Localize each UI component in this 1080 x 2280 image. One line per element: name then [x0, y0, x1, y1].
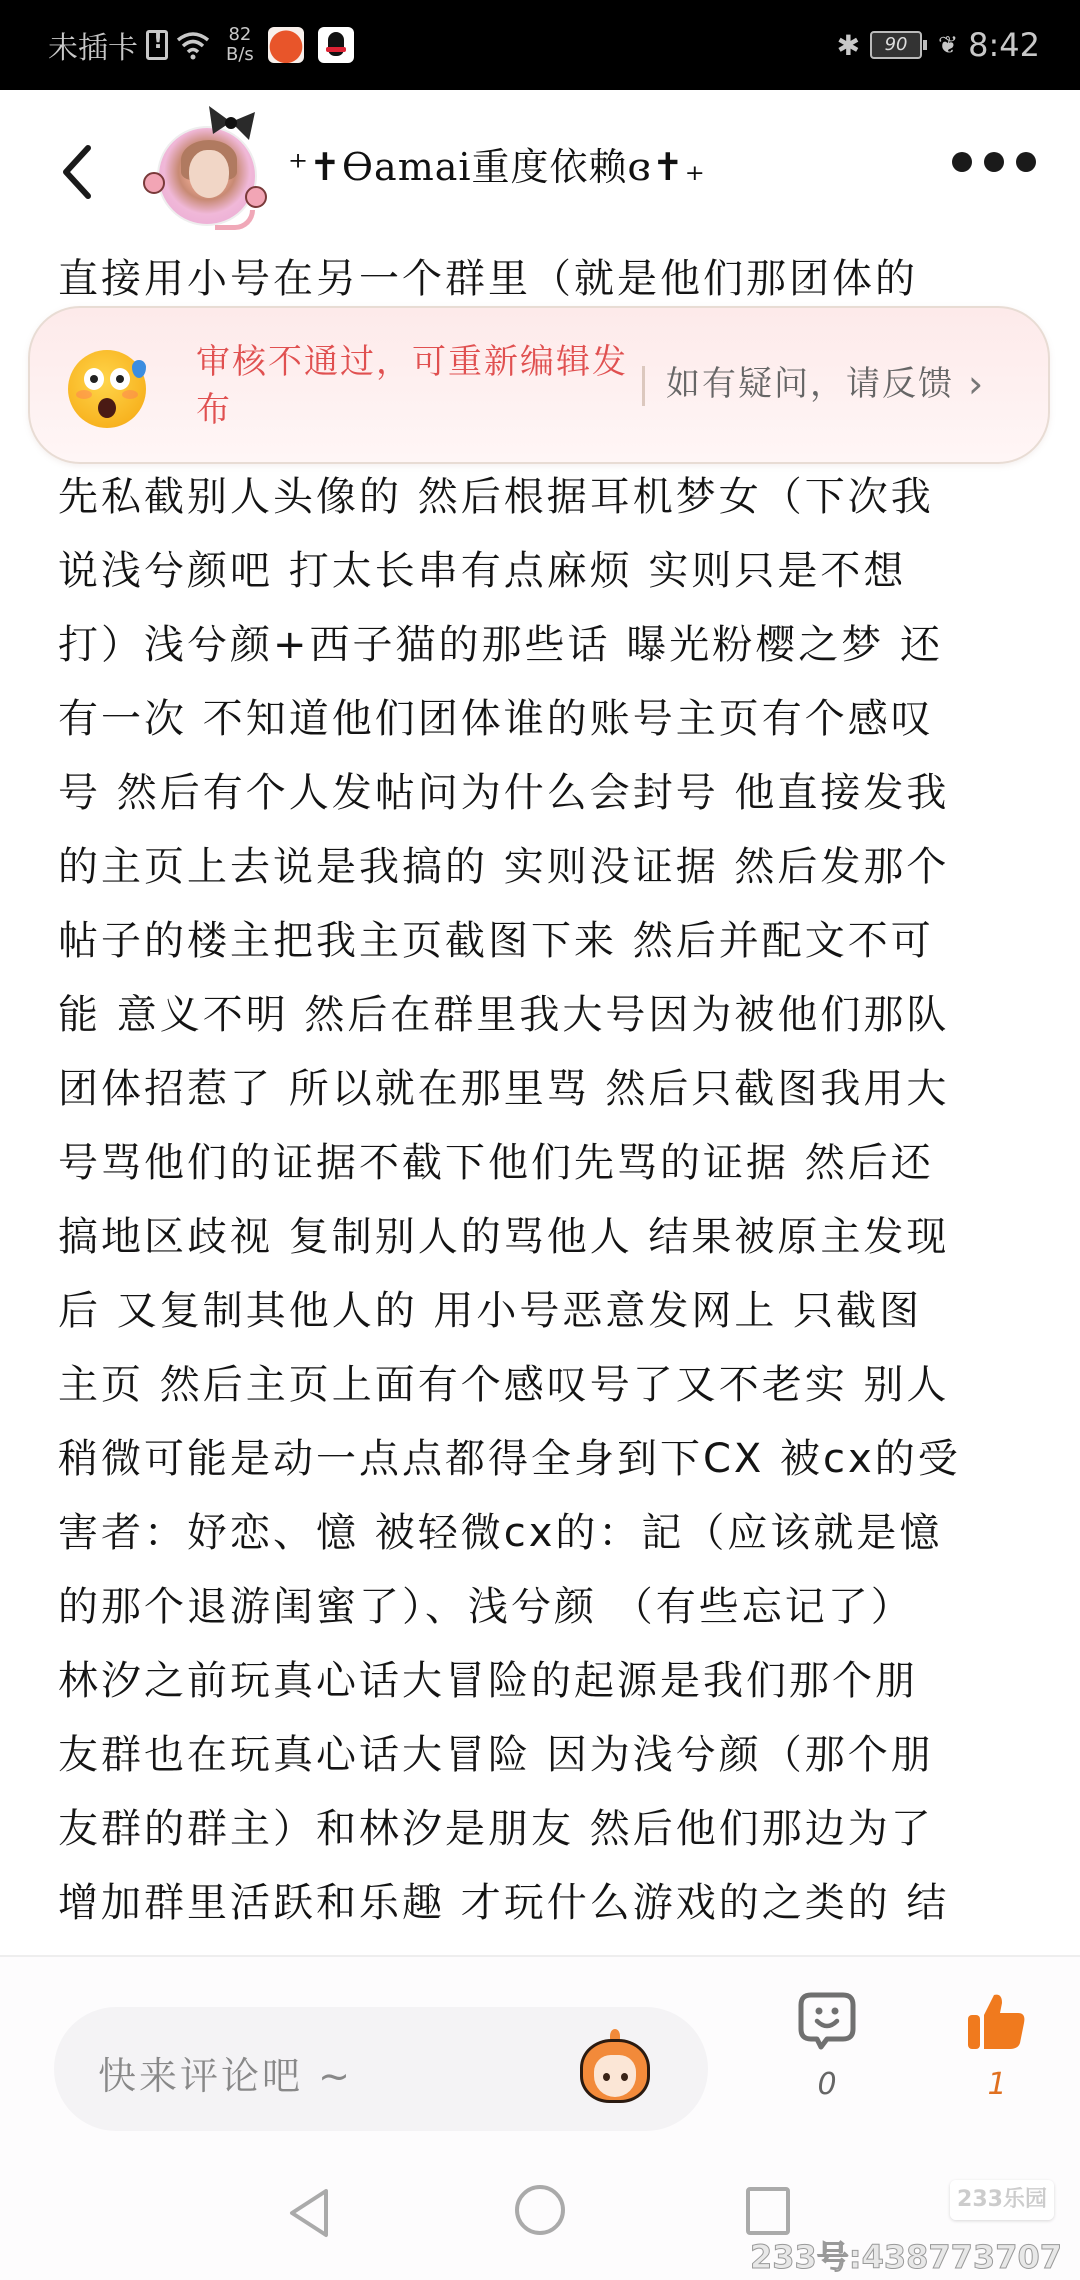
review-rejected-banner: 审核不通过，可重新编辑发布 如有疑问，请反馈 › [28, 306, 1050, 464]
network-speed-unit: B/s [226, 44, 254, 65]
network-speed: 82 B/s [226, 25, 254, 65]
paw-decoration-icon [245, 186, 267, 208]
article-line: 主页 然后主页上面有个感叹号了又不老实 别人 [58, 1348, 961, 1422]
article-line: 林汐之前玩真心话大冒险的起源是我们那个朋 [58, 1644, 961, 1718]
status-bar: 未插卡 82 B/s ✱ 90 ❦ 8:42 [0, 0, 1080, 90]
carrier-label: 未插卡 [48, 23, 138, 67]
comment-button[interactable]: 0 [782, 1991, 872, 2102]
article-line: 帖子的楼主把我主页截图下来 然后并配文不可 [58, 904, 961, 978]
clock: 8:42 [968, 26, 1040, 64]
thumbs-up-icon [966, 1991, 1028, 2053]
comment-placeholder: 快来评论吧 ~ [98, 2045, 353, 2100]
username[interactable]: ⁺✝ϴamai重度依赖ɞ✝₊ [288, 136, 706, 191]
article-line: 打）浅兮颜+西子猫的那些话 曝光粉樱之梦 还 [58, 608, 961, 682]
bluetooth-icon: ✱ [837, 29, 860, 62]
paw-decoration-icon [143, 172, 165, 194]
article-line: 说浅兮颜吧 打太长串有点麻烦 实则只是不想 [58, 534, 961, 608]
more-options-icon[interactable] [952, 152, 1036, 172]
comment-bubble-icon [797, 1991, 857, 2053]
watermark-id: 233号:438773707 [750, 2232, 1062, 2278]
tail-decoration [215, 210, 255, 230]
sim-alert-icon [146, 30, 168, 60]
article-line: 友群也在玩真心话大冒险 因为浅兮颜（那个朋 [58, 1718, 961, 1792]
nav-recent-apps-icon[interactable] [746, 2187, 790, 2235]
article-line: 友群的群主）和林汐是朋友 然后他们那边为了 [58, 1792, 961, 1866]
divider [642, 366, 645, 406]
post-header: ⁺✝ϴamai重度依赖ɞ✝₊ [0, 90, 1080, 250]
like-button[interactable]: 1 [952, 1991, 1042, 2102]
feedback-link-label: 如有疑问，请反馈 [666, 360, 954, 408]
back-arrow-icon[interactable] [58, 142, 98, 202]
chevron-right-icon: › [968, 360, 985, 408]
avatar[interactable] [145, 102, 270, 230]
emoji-mascot-icon[interactable] [576, 2029, 654, 2107]
comment-count: 0 [782, 2067, 872, 2102]
shocked-emoji-icon [68, 350, 146, 428]
wifi-icon [176, 30, 210, 60]
article-line: 搞地区歧视 复制别人的骂他人 结果被原主发现 [58, 1200, 961, 1274]
article-line: 能 意义不明 然后在群里我大号因为被他们那队 [58, 978, 961, 1052]
article-line: 团体招惹了 所以就在那里骂 然后只截图我用大 [58, 1052, 961, 1126]
like-count: 1 [952, 2067, 1042, 2102]
nav-back-icon[interactable] [286, 2187, 332, 2239]
qq-icon [318, 27, 354, 63]
feedback-link[interactable]: 如有疑问，请反馈 › [666, 360, 985, 408]
article-line: 增加群里活跃和乐趣 才玩什么游戏的之类的 结 [58, 1866, 961, 1940]
power-saving-leaf-icon: ❦ [938, 31, 958, 59]
review-rejected-message: 审核不通过，可重新编辑发布 [196, 338, 646, 434]
article-line: 有一次 不知道他们团体谁的账号主页有个感叹 [58, 682, 961, 756]
article-line: 稍微可能是动一点点都得全身到下CX 被cx的受 [58, 1422, 961, 1496]
article-line: 直接用小号在另一个群里（就是他们那团体的 [58, 242, 918, 316]
battery-icon: 90 [870, 31, 922, 59]
watermark-logo: 233乐园 [950, 2180, 1054, 2220]
article-line: 先私截别人头像的 然后根据耳机梦女（下次我 [58, 460, 961, 534]
article-line: 号骂他们的证据不截下他们先骂的证据 然后还 [58, 1126, 961, 1200]
article-line: 后 又复制其他人的 用小号恶意发网上 只截图 [58, 1274, 961, 1348]
article-body: 先私截别人头像的 然后根据耳机梦女（下次我 说浅兮颜吧 打太长串有点麻烦 实则只… [58, 460, 961, 1940]
network-speed-value: 82 [228, 24, 251, 45]
article-line: 害者：妤恋、憶 被轻微cx的：記（应该就是憶 [58, 1496, 961, 1570]
article-line: 号 然后有个人发帖问为什么会封号 他直接发我 [58, 756, 961, 830]
article-line: 的主页上去说是我搞的 实则没证据 然后发那个 [58, 830, 961, 904]
nav-home-icon[interactable] [515, 2185, 565, 2235]
article-line: 的那个退游闺蜜了）、浅兮颜 （有些忘记了） [58, 1570, 961, 1644]
tomato-novel-icon [268, 27, 304, 63]
bow-decoration-icon [205, 104, 257, 142]
comment-input[interactable]: 快来评论吧 ~ [54, 2007, 708, 2131]
